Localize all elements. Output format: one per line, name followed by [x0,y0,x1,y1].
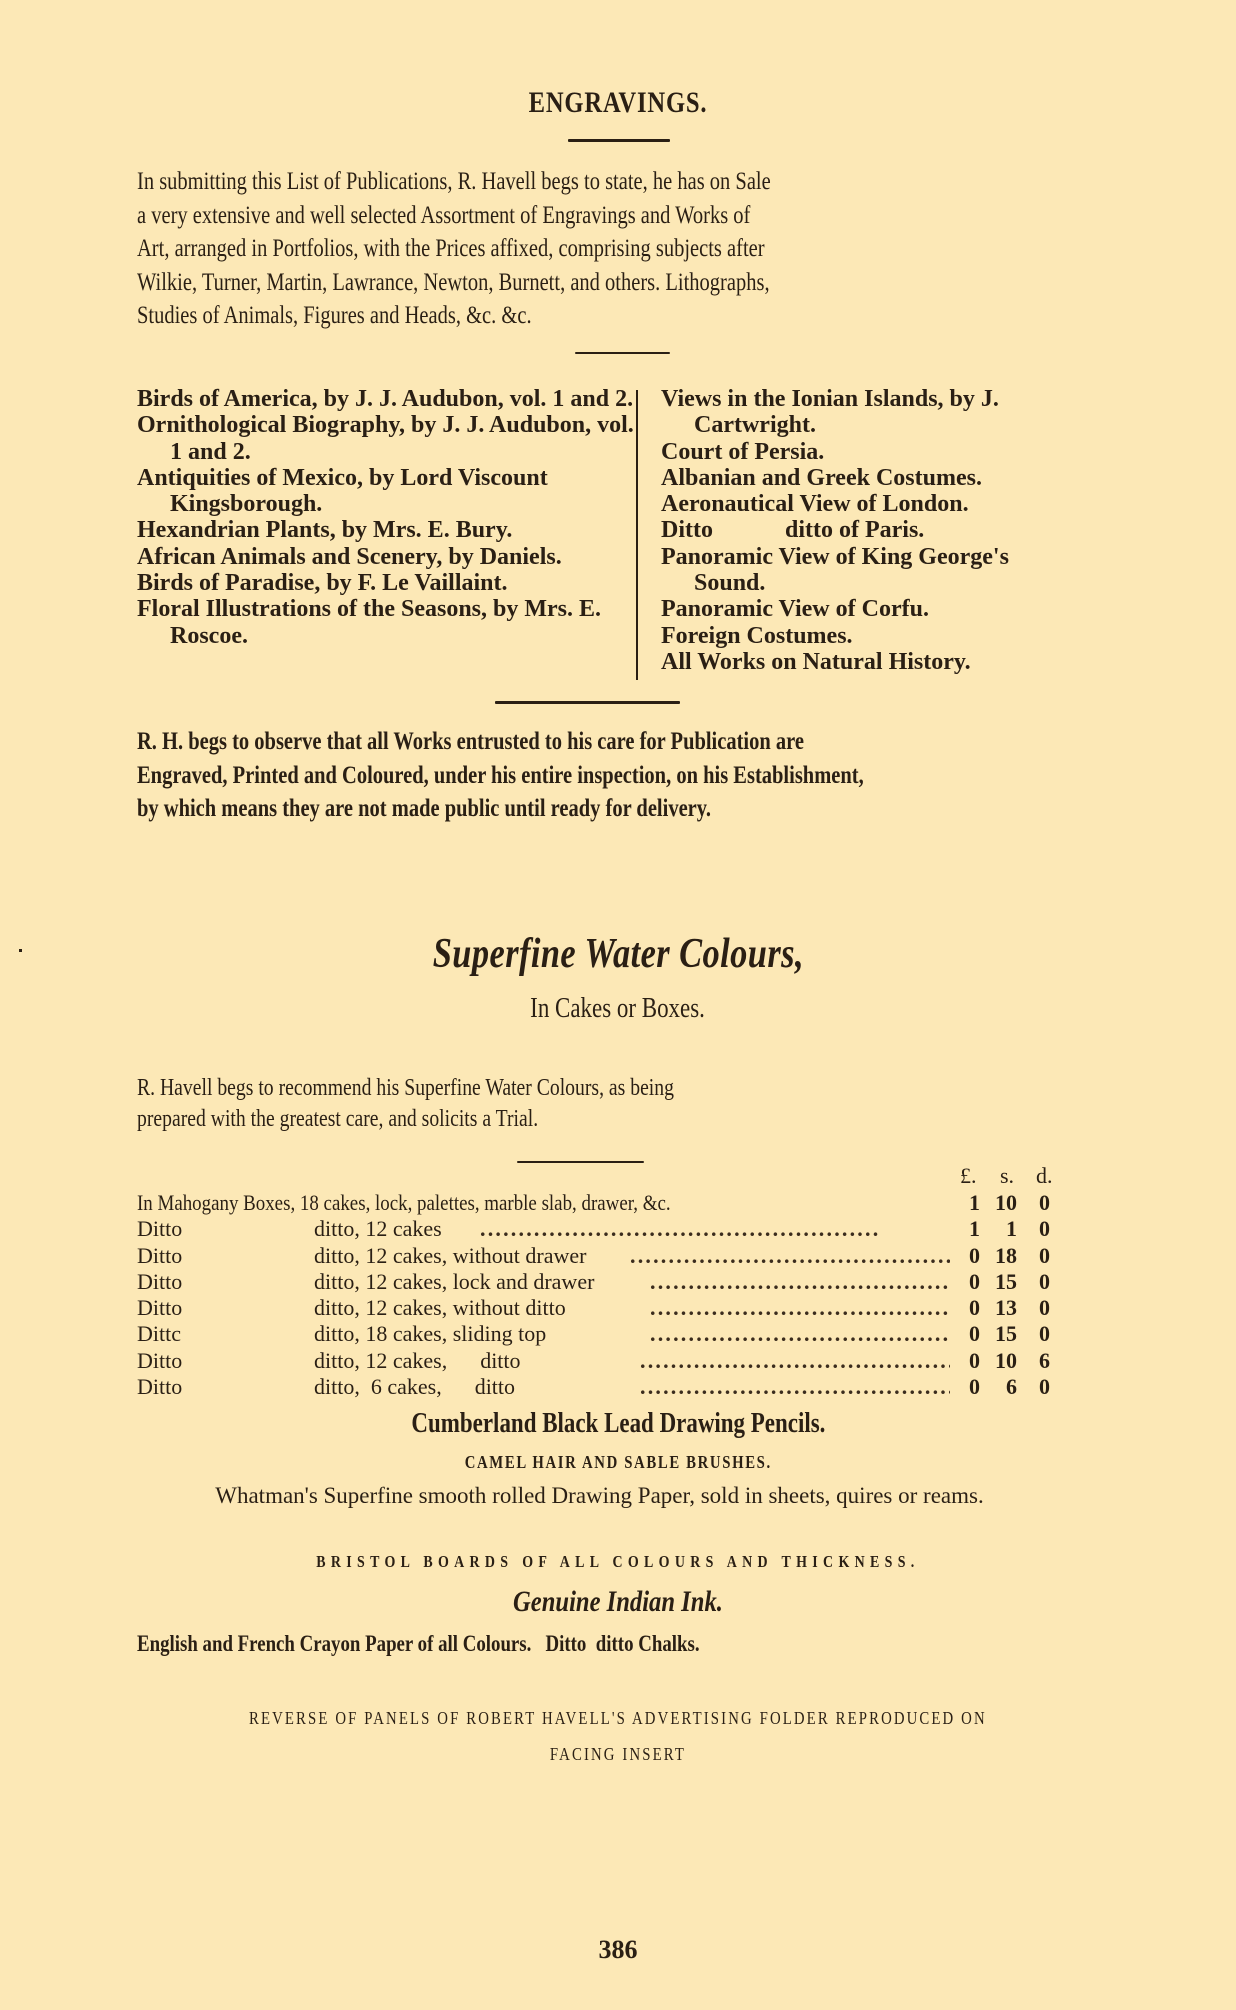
publication-item: Foreign Costumes. [661,623,1081,649]
price-row: Ditto ditto, 6 cakes, ditto ............… [137,1374,1062,1400]
publication-item: Aeronautical View of London. [661,491,1081,517]
header-shillings: s. [1000,1163,1014,1189]
price-row: Ditto ditto, 12 cakes, ditto ...........… [137,1348,1062,1374]
header-pounds: £. [960,1163,977,1189]
water-colours-recommendation: R. Havell begs to recommend his Superfin… [137,1073,1236,1135]
publication-item: African Animals and Scenery, by Daniels. [137,544,637,570]
column-divider [636,390,638,680]
price-rule [517,1161,644,1163]
publication-item: Antiquities of Mexico, by Lord Viscount … [137,465,637,518]
section-rule [495,701,680,704]
publication-notice-paragraph: R. H. begs to observe that all Works ent… [137,725,1236,826]
header-pence: d. [1036,1163,1053,1189]
publication-item: Views in the Ionian Islands, by J. Cartw… [661,386,1081,439]
publication-item: Floral Illustrations of the Seasons, by … [137,596,637,649]
publication-item: All Works on Natural History. [661,649,1081,675]
caption: REVERSE OF PANELS OF ROBERT HAVELL'S ADV… [0,1700,1236,1772]
price-row: Ditto ditto, 12 cakes ..................… [137,1216,1062,1242]
section-title-water-colours: Superfine Water Colours, [0,930,1236,978]
price-row: Ditto ditto, 12 cakes, lock and drawer .… [137,1269,1062,1295]
intro-rule [575,352,670,354]
publication-item: Ornithological Biography, by J. J. Audub… [137,412,637,465]
price-row: Ditto ditto, 12 cakes, without ditto ...… [137,1295,1062,1321]
publication-item: Ditto ditto of Paris. [661,517,1081,543]
publication-item: Court of Persia. [661,439,1081,465]
publication-item: Birds of Paradise, by F. Le Vaillaint. [137,570,637,596]
indian-ink-heading: Genuine Indian Ink. [0,1585,1236,1619]
publication-item: Hexandrian Plants, by Mrs. E. Bury. [137,517,637,543]
publication-item: Panoramic View of Corfu. [661,596,1081,622]
pencils-heading: Cumberland Black Lead Drawing Pencils. [0,1408,1236,1440]
title-rule [568,139,670,142]
crayon-paper-line: English and French Crayon Paper of all C… [137,1631,1062,1657]
caption-line-1: REVERSE OF PANELS OF ROBERT HAVELL'S ADV… [249,1700,987,1736]
publications-list-right: Views in the Ionian Islands, by J. Cartw… [661,386,1081,675]
publication-item: Birds of America, by J. J. Audubon, vol.… [137,386,637,412]
publication-item: Panoramic View of King George's Sound. [661,544,1081,597]
water-colours-subtitle: In Cakes or Boxes. [0,993,1236,1025]
engravings-intro-paragraph: In submitting this List of Publications,… [137,165,1236,333]
price-row: Ditto ditto, 12 cakes, without drawer ..… [137,1243,1062,1269]
bristol-boards-line: BRISTOL BOARDS OF ALL COLOURS AND THICKN… [0,1552,1236,1572]
brushes-line: CAMEL HAIR AND SABLE BRUSHES. [0,1452,1236,1473]
publications-list-left: Birds of America, by J. J. Audubon, vol.… [137,386,637,649]
caption-line-2: FACING INSERT [550,1736,686,1772]
page-number: 386 [0,1935,1236,1965]
price-row: Dittc ditto, 18 cakes, sliding top .....… [137,1321,1062,1347]
drawing-paper-line: Whatman's Superfine smooth rolled Drawin… [137,1483,1062,1508]
publication-item: Albanian and Greek Costumes. [661,465,1081,491]
price-row: In Mahogany Boxes, 18 cakes, lock, palet… [137,1190,1062,1216]
section-title-engravings: ENGRAVINGS. [0,86,1236,120]
price-table: In Mahogany Boxes, 18 cakes, lock, palet… [137,1190,1062,1400]
